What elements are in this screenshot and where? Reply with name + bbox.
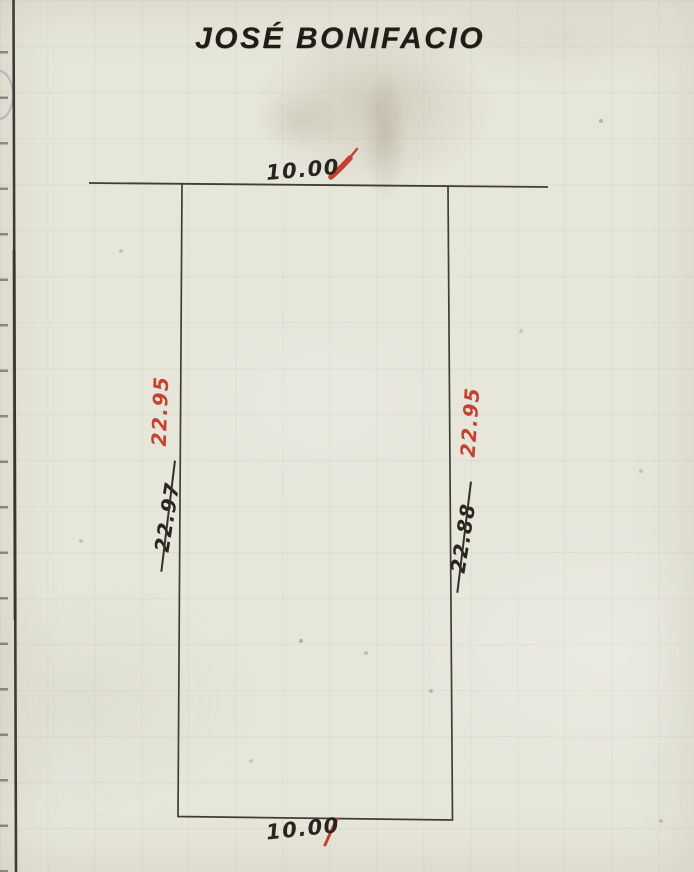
lot-boundary [178, 185, 453, 821]
left-dimension-revised: 22.95 [146, 366, 173, 457]
page-edge-line-heavy [14, 250, 15, 620]
street-name-title: JOSÉ BONIFACIO [160, 22, 520, 56]
scanned-survey-page: JOSÉ BONIFACIO 10.00 10.00 22.95 22.97 2… [0, 0, 694, 872]
plan-drawing [0, 0, 694, 872]
street-line [89, 183, 548, 187]
